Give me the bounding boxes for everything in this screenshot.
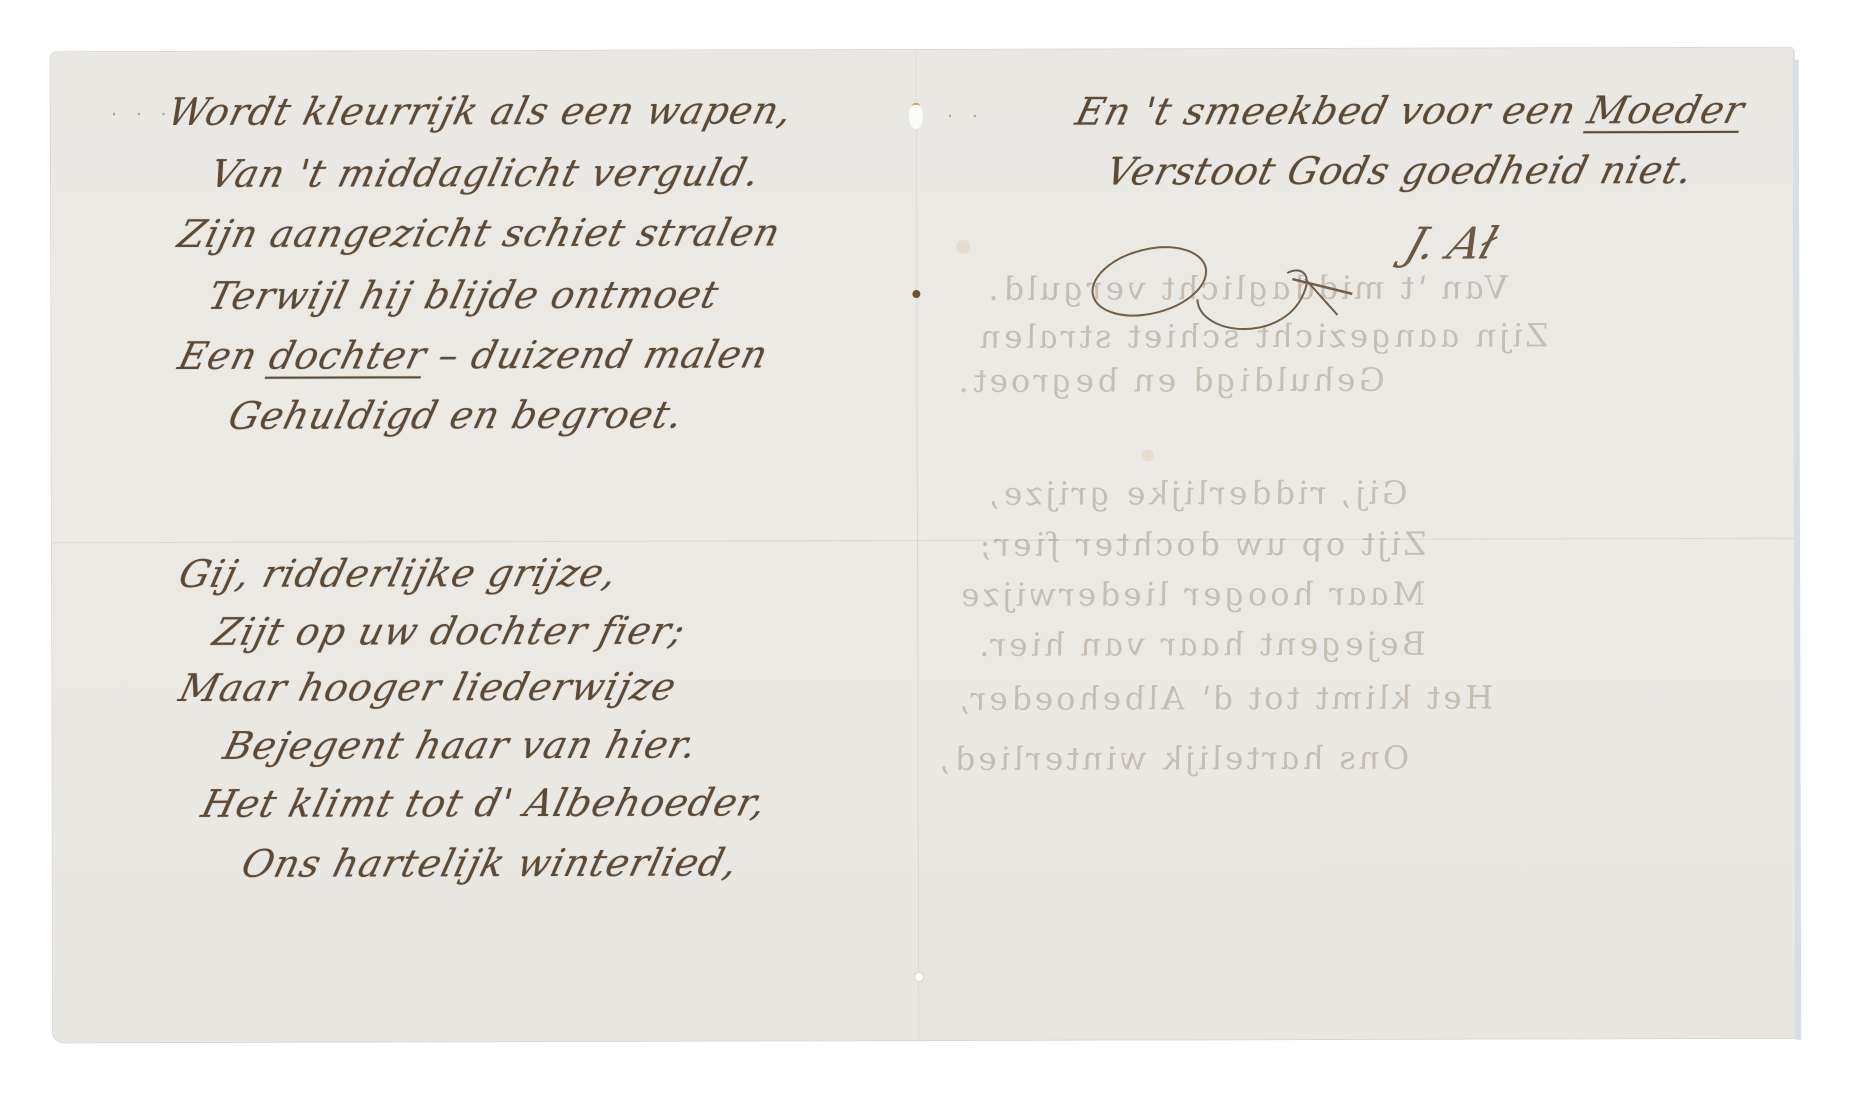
poem-line: Maar hooger liederwijze [175, 665, 681, 710]
poem-line: Zijt op uw dochter fier; [209, 609, 691, 654]
ink-speck: · · · [111, 102, 173, 126]
underlined-word: Moeder [1583, 88, 1749, 132]
poem-line: Gehuldigd en begroet. [224, 393, 688, 438]
manuscript-sheet: · · · Wordt kleurrijk als een wapen, Van… [51, 48, 1796, 1043]
poem-line: Een dochter – duizend malen [174, 332, 773, 378]
bleed-through-text: Bejegent haar van hier. [974, 625, 1429, 664]
bleed-through-text: Van 't middaglicht verguld. [983, 268, 1511, 307]
poem-line: Zijn aangezicht schiet stralen [174, 210, 786, 256]
bleed-through-text: Maar hooger liederwijze [954, 575, 1429, 614]
bleed-through-text: Zijn aangezicht schiet stralen [973, 316, 1552, 356]
signature: J. Ał [1399, 218, 1504, 269]
poem-line: Van 't middaglicht verguld. [206, 150, 766, 195]
underlined-word: dochter [265, 333, 432, 377]
line-prefix: En 't smeekbed voor een [1071, 88, 1594, 133]
bleed-through-text: Gij, ridderlijke grijze, [984, 474, 1412, 513]
right-page: · · En 't smeekbed voor een Moeder Verst… [917, 48, 1796, 1040]
poem-line: Ons hartelijk winterlied, [237, 840, 743, 885]
bleed-through-text: Zijt op uw dochter fier; [974, 525, 1430, 564]
line-suffix: – duizend malen [421, 332, 773, 377]
bleed-through-text: Het klimt tot d' Albehoeder, [954, 678, 1497, 717]
poem-line: Verstoot Gods goedheid niet. [1102, 148, 1698, 194]
ink-speck: · · [947, 104, 984, 128]
left-page: · · · Wordt kleurrijk als een wapen, Van… [51, 50, 919, 1042]
poem-line: Bejegent haar van hier. [219, 723, 702, 768]
poem-line: Gij, ridderlijke grijze, [175, 551, 623, 596]
poem-line: Het klimt tot d' Albehoeder, [197, 780, 771, 826]
poem-line: En 't smeekbed voor een Moeder [1071, 88, 1749, 134]
bleed-through-text: Gehuldigd en begroet. [954, 361, 1389, 400]
poem-line: Terwijl hij blijde ontmoet [204, 273, 724, 318]
bleed-through-text: Ons hartelijk winterlied, [935, 739, 1414, 778]
document-stage: · · · Wordt kleurrijk als een wapen, Van… [0, 0, 1852, 1102]
line-prefix: Een [174, 334, 276, 378]
poem-line: Wordt kleurrijk als een wapen, [163, 88, 797, 134]
